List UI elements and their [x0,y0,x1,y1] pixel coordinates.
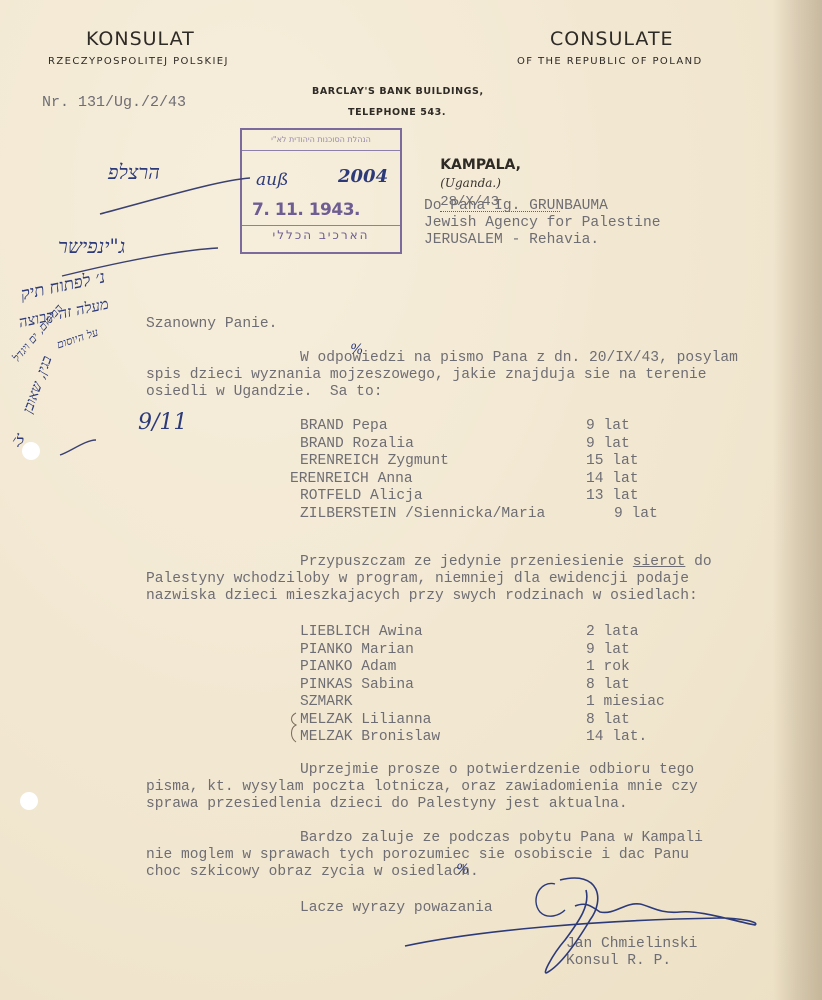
paragraph-2-line-2: Palestyny wchodziloby w program, niemnie… [146,571,689,588]
paragraph-1-line-1: W odpowiedzi na pismo Pana z dn. 20/IX/4… [300,350,738,367]
city: KAMPALA, [440,157,521,173]
signature-stroke [536,883,565,916]
child-name: LIEBLICH Awina [300,624,423,641]
paragraph-3-line-1: Uprzejmie prosze o potwierdzenie odbioru… [300,762,694,779]
salutation: Szanowny Panie. [146,316,277,333]
child-age: 14 lat [586,471,639,488]
address-line-1: BARCLAY'S BANK BUILDINGS, [312,86,484,97]
margin-note-7: בגין, שאובן [20,354,56,416]
paragraph-3-line-2: pisma, kt. wysylam poczta lotnicza, oraz… [146,779,698,796]
punch-hole [20,792,38,810]
stamp-handwritten-left: auß [256,170,288,190]
letterhead-left-subtitle: RZECZYPOSPOLITEJ POLSKIEJ [48,56,229,67]
place-date: KAMPALA, (Uganda.) 28/X/43 [421,138,721,158]
margin-note-5: על היוסום [55,326,100,352]
child-name: ROTFELD Alicja [300,488,423,505]
child-age: 13 lat [586,488,639,505]
child-name: PINKAS Sabina [300,677,414,694]
signatory-title: Konsul R. P. [566,953,671,970]
text: Przypuszczam ze jedynie przeniesienie [300,554,633,570]
address-line-2: TELEPHONE 543. [348,107,446,118]
child-age: 14 lat. [586,729,647,746]
text: do [685,554,711,570]
child-age: 9 lat [586,642,630,659]
archive-stamp: הנהלת הסוכנות היהודית לא"י auß 2004 7. 1… [240,128,402,254]
letterhead-right-title: CONSULATE [550,28,674,50]
child-name: ERENREICH Zygmunt [300,453,449,470]
paragraph-2-line-1: Przypuszczam ze jedynie przeniesienie si… [300,554,712,571]
paragraph-4-line-2: nie moglem w sprawach tych porozumiec si… [146,847,689,864]
paragraph-2-line-3: nazwiska dzieci mieszkajacych przy swych… [146,588,698,605]
recipient-line-2: Jewish Agency for Palestine [424,215,660,232]
stamp-header: הנהלת הסוכנות היהודית לא"י [248,135,394,144]
child-name: MELZAK Lilianna [300,712,431,729]
paragraph-4-line-1: Bardzo zaluje ze podczas pobytu Pana w K… [300,830,703,847]
paragraph-1-line-3: osiedli w Ugandzie. Sa to: [146,384,382,401]
child-age: 1 miesiac [586,694,665,711]
child-name: PIANKO Marian [300,642,414,659]
pen-line [60,440,96,455]
child-age: 9 lat [586,418,630,435]
punch-hole [22,442,40,460]
child-age: 2 lata [586,624,639,641]
child-name: BRAND Rozalia [300,436,414,453]
margin-note-2: ג"ינפישר [58,234,125,259]
recipient-line-3: JERUSALEM - Rehavia. [424,232,599,249]
margin-note-1: הרצלפ [108,160,160,185]
signatory-name: Jan Chmielinski [566,936,697,953]
child-name: BRAND Pepa [300,418,388,435]
paragraph-1-line-2: spis dzieci wyznania mojzeszowego, jakie… [146,367,707,384]
child-age: 8 lat [586,712,630,729]
child-age: 9 lat [614,506,658,523]
child-age: 9 lat [586,436,630,453]
child-name: PIANKO Adam [300,659,396,676]
bracket-mark [292,713,297,742]
reference-number: Nr. 131/Ug./2/43 [42,94,186,111]
child-name: SZMARK [300,694,353,711]
child-name: ZILBERSTEIN /Siennicka/Maria [300,506,545,523]
stamp-date: 7. 11. 1943. [242,200,370,220]
child-age: 1 rok [586,659,630,676]
child-name: MELZAK Bronislaw [300,729,440,746]
stamp-footer: הארכיב הכללי [248,228,394,242]
child-age: 15 lat [586,453,639,470]
letterhead-left-title: KONSULAT [86,28,195,50]
recipient-line-1: Do Pana Ig. GRUNBAUMA [424,198,608,215]
handwritten-initials: 9/11 [138,410,187,435]
closing: Lacze wyrazy powazania [300,900,493,917]
paragraph-4-line-3: choc szkicowy obraz zycia w osiedlach. [146,864,479,881]
child-name: ERENREICH Anna [290,471,413,488]
paragraph-3-line-3: sprawa przesiedlenia dzieci do Palestyny… [146,796,628,813]
child-age: 8 lat [586,677,630,694]
underlined-word: sierot [633,554,686,570]
letterhead-right-subtitle: OF THE REPUBLIC OF POLAND [517,56,703,67]
stamp-handwritten-number: 2004 [338,166,388,187]
country: (Uganda.) [440,176,501,190]
